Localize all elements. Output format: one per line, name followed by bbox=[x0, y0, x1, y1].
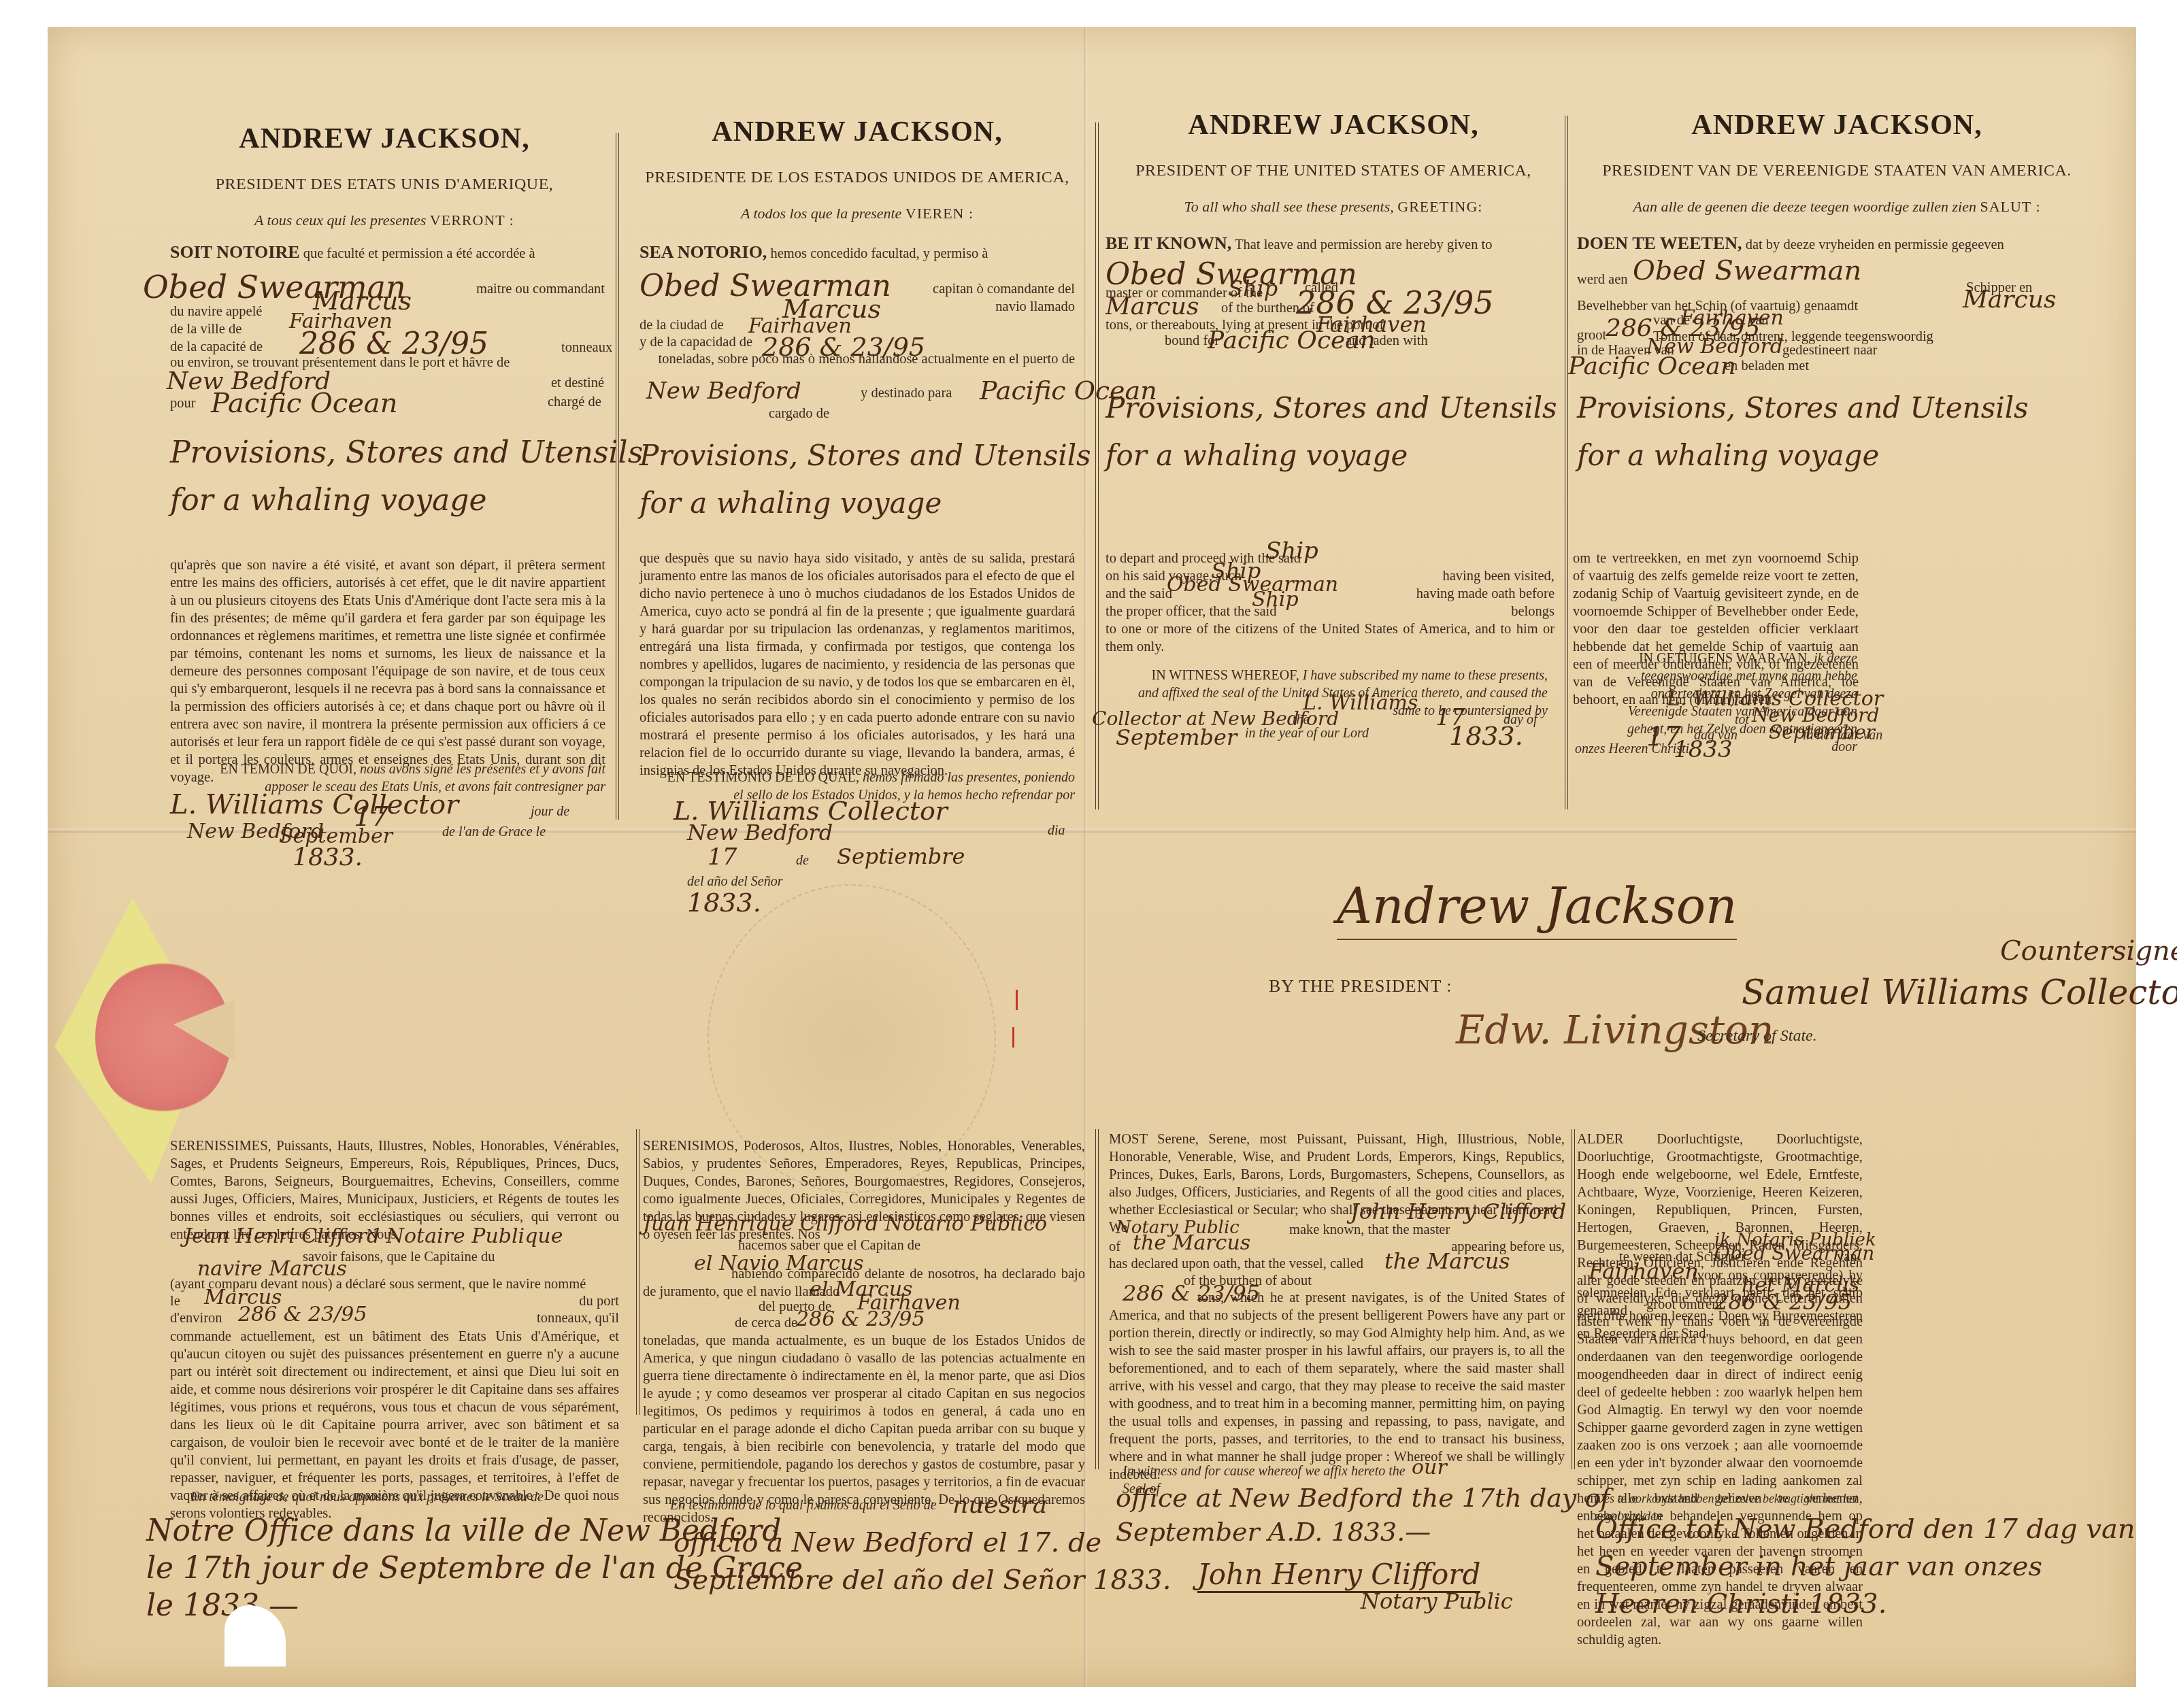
english-hand-month: September bbox=[1116, 724, 1237, 750]
by-the-president-label: BY THE PRESIDENT : bbox=[1269, 976, 1452, 997]
spanish-label-cargo: cargado de bbox=[769, 405, 829, 422]
red-ribbon-slit bbox=[1016, 990, 1018, 1010]
dutch-lower-hand-1: Office tot New Bedford den 17 dag van bbox=[1595, 1513, 2136, 1545]
french-greeting-text: A tous ceux qui les presentes bbox=[254, 212, 426, 229]
spanish-lead: SEA NOTORIO, bbox=[639, 242, 767, 262]
french-lower-line-c-tail: du port bbox=[579, 1292, 619, 1310]
english-lower-hand-vessel: the Marcus bbox=[1133, 1231, 1250, 1255]
spanish-body: que despuès que su navio haya sido visit… bbox=[639, 550, 1075, 780]
spanish-hand-day: 17 bbox=[708, 843, 737, 871]
english-form-line1: BE IT KNOWN, That leave and permission a… bbox=[1106, 235, 1555, 254]
french-witness-day-label: jour de bbox=[531, 803, 569, 820]
spanish-lower-line-d: de cerca de bbox=[735, 1314, 797, 1332]
collector-signature: Samuel Williams Collector bbox=[1742, 973, 2177, 1012]
dutch-label-werd: werd aen bbox=[1577, 271, 1628, 288]
english-lower-hand-3: September A.D. 1833.— bbox=[1116, 1517, 1431, 1547]
spanish-form-line1: SEA NOTORIO, hemos concedido facultad, y… bbox=[639, 244, 1075, 263]
english-president-title: PRESIDENT OF THE UNITED STATES OF AMERIC… bbox=[1109, 162, 1558, 180]
dutch-lower-hand-3: Heeren Christi 1833. bbox=[1595, 1588, 1887, 1620]
english-greeting-text: To all who shall see these presents, bbox=[1184, 198, 1394, 215]
dutch-hand-cargo-2: for a whaling voyage bbox=[1577, 439, 1879, 472]
english-body-line4b: belongs bbox=[1511, 603, 1555, 620]
dutch-hand-master: Obed Swearman bbox=[1633, 255, 1861, 286]
spanish-greeting-text: A todos los que la presente bbox=[741, 205, 901, 222]
english-body-line3a: and the said bbox=[1106, 585, 1172, 603]
dutch-hand-year: 1833 bbox=[1674, 736, 1733, 763]
english-lower-body2: tons, which he at present navigates, is … bbox=[1109, 1289, 1565, 1484]
english-witness-year-label: in the year of our Lord bbox=[1245, 724, 1369, 742]
french-hand-destination: Pacific Ocean bbox=[211, 388, 397, 419]
spanish-label-destined: y destinado para bbox=[861, 384, 952, 402]
french-label-master: maitre ou commandant bbox=[476, 280, 605, 298]
dutch-greeting: Aan alle de geenen die deeze teegen woor… bbox=[1578, 198, 2095, 216]
president-signature: Andrew Jackson bbox=[1337, 877, 1737, 940]
spanish-lower-witness: En testimonio de lo qual fixámos aquì el… bbox=[670, 1496, 942, 1514]
spanish-witness-caps: EN TESTIMONIO DE LO QUAL, bbox=[667, 770, 859, 785]
english-witness-caps: IN WITNESS WHEREOF, bbox=[1152, 668, 1299, 683]
english-hand-ship1: Ship bbox=[1265, 537, 1318, 565]
english-hand-ship3: Ship bbox=[1252, 588, 1299, 612]
french-label-destined: et destiné bbox=[551, 374, 604, 392]
red-ribbon-slit bbox=[1012, 1027, 1014, 1048]
column-rule bbox=[1565, 116, 1568, 809]
secretary-title: Secretary of State. bbox=[1697, 1027, 1817, 1045]
english-body-line4a: the proper officer, that the said bbox=[1106, 603, 1277, 620]
french-lead: SOIT NOTOIRE bbox=[170, 242, 300, 262]
spanish-line1: hemos concedido facultad, y permiso à bbox=[770, 246, 988, 261]
spanish-label-tonnage: toneladas, sobre poco mas ò menos hallan… bbox=[639, 350, 1075, 368]
column-rule bbox=[1095, 122, 1099, 809]
spanish-president-name: ANDREW JACKSON, bbox=[633, 116, 1082, 148]
spanish-lower-hand-notary: Juan Henrique Clifford Notario Publico bbox=[643, 1212, 1047, 1236]
english-president-name: ANDREW JACKSON, bbox=[1109, 109, 1558, 141]
english-body: to depart and proceed with the said on h… bbox=[1106, 550, 1555, 656]
french-label-pour: pour bbox=[170, 395, 196, 412]
spanish-label-ship: capitan ò comandante del navio llamado bbox=[918, 280, 1075, 316]
french-president-name: ANDREW JACKSON, bbox=[163, 122, 605, 155]
english-label-laden: and laden with bbox=[1346, 332, 1428, 350]
english-lower-hand-2: office at New Bedford the 17th day of bbox=[1116, 1483, 1610, 1513]
dutch-line1: dat by deeze vryheiden en permissie gege… bbox=[1746, 237, 2004, 252]
english-lower-hand-vessel2: the Marcus bbox=[1384, 1248, 1510, 1274]
column-rule bbox=[1572, 1129, 1575, 1469]
spanish-lower-hand-2: officio à New Bedford el 17. de bbox=[674, 1527, 1101, 1558]
english-lower-line-c: has declared upon oath, that the vessel,… bbox=[1109, 1255, 1363, 1273]
spanish-witness-de: de bbox=[796, 852, 809, 869]
french-body: qu'après que son navire a été visité, et… bbox=[170, 556, 605, 786]
spanish-lower-hand-tonnage: 286 & 23/95 bbox=[796, 1307, 925, 1331]
dutch-hand-destination: Pacific Ocean bbox=[1568, 352, 1736, 380]
notary-signature-title: Notary Public bbox=[1361, 1588, 1513, 1614]
french-lower-line-d-label: d'environ bbox=[170, 1309, 222, 1327]
spanish-president-title: PRESIDENTE DE LOS ESTADOS UNIDOS DE AMER… bbox=[633, 169, 1082, 187]
english-body-line5: to one or more of the citizens of the Un… bbox=[1106, 620, 1555, 656]
column-rule bbox=[636, 1129, 639, 1415]
spanish-greeting: A todos los que la presente VIEREN : bbox=[633, 205, 1082, 222]
english-body-line4: the proper officer, that the saidbelongs bbox=[1106, 603, 1555, 620]
english-header: ANDREW JACKSON, PRESIDENT OF THE UNITED … bbox=[1109, 109, 1558, 216]
spanish-hand-port: New Bedford bbox=[646, 378, 801, 405]
french-line1: que faculté et permission a été accordée… bbox=[303, 246, 535, 261]
english-hand-type: Ship bbox=[1228, 275, 1278, 301]
french-lower-hand-tonnage: 286 & 23/95 bbox=[238, 1303, 367, 1326]
french-form-line1: SOIT NOTOIRE que faculté et permission a… bbox=[170, 244, 605, 263]
dutch-lower-hand-2: September in het jaar van onzes bbox=[1595, 1551, 2042, 1582]
english-lead: BE IT KNOWN, bbox=[1106, 233, 1231, 253]
spanish-greeting-caps: VIEREN : bbox=[905, 205, 974, 222]
dutch-header: ANDREW JACKSON, PRESIDENT VAN DE VEREENI… bbox=[1578, 109, 2095, 216]
dutch-form-line1: DOEN TE WEETEN, dat by deeze vryheiden e… bbox=[1577, 235, 2026, 254]
dutch-lower-hand-tonnage: 286 & 23/95 bbox=[1714, 1289, 1852, 1315]
french-greeting: A tous ceux qui les presentes VERRONT : bbox=[163, 212, 605, 229]
spanish-label-town: de la ciudad de bbox=[639, 316, 724, 334]
english-lower-line-a: make known, that the master bbox=[1289, 1221, 1450, 1239]
english-hand-cargo-2: for a whaling voyage bbox=[1106, 439, 1408, 472]
english-body-line3b: having made oath before bbox=[1416, 585, 1555, 603]
english-greeting: To all who shall see these presents, GRE… bbox=[1109, 198, 1558, 216]
english-hand-cargo-1: Provisions, Stores and Utensils bbox=[1106, 391, 1557, 424]
french-hand-year: 1833. bbox=[293, 843, 363, 871]
dutch-lead: DOEN TE WEETEN, bbox=[1577, 233, 1742, 253]
column-rule bbox=[616, 133, 619, 820]
dutch-president-name: ANDREW JACKSON, bbox=[1578, 109, 2095, 141]
french-header: ANDREW JACKSON, PRESIDENT DES ETATS UNIS… bbox=[163, 122, 605, 229]
spanish-lower-hand-3: Septiembre del año del Señor 1833. bbox=[674, 1564, 1171, 1596]
french-label-charge: chargé de bbox=[548, 393, 601, 411]
column-rule bbox=[1095, 1129, 1099, 1469]
dutch-witness-jaar: in het jaar van bbox=[1803, 726, 1882, 744]
french-hand-collector: L. Williams Collector bbox=[170, 789, 459, 820]
french-lower-hand-notary: Jean Henri Clifford Notaire Publique bbox=[184, 1224, 563, 1248]
dutch-greeting-caps: SALUT : bbox=[1980, 198, 2040, 215]
spanish-hand-year: 1833. bbox=[687, 888, 761, 918]
french-president-title: PRESIDENT DES ETATS UNIS D'AMERIQUE, bbox=[163, 175, 605, 194]
english-lower-hand-1: our bbox=[1412, 1456, 1447, 1479]
dutch-label-beladen: en beladen met bbox=[1725, 357, 1809, 375]
french-lower-witness: En témoignage de quoi nous apposons aux … bbox=[190, 1488, 599, 1506]
english-lower-line-b-label: of bbox=[1109, 1238, 1120, 1256]
english-body-line1: to depart and proceed with the said bbox=[1106, 550, 1555, 567]
spanish-hand-cargo-2: for a whaling voyage bbox=[639, 486, 942, 520]
dutch-hand-cargo-1: Provisions, Stores and Utensils bbox=[1577, 391, 2029, 424]
spanish-witness-dia: dia bbox=[1048, 822, 1065, 839]
dutch-president-title: PRESIDENT VAN DE VEREENIGDE STAATEN VAN … bbox=[1578, 162, 2095, 180]
spanish-hand-month: Septiembre bbox=[837, 843, 965, 869]
dutch-lower-line-c: groot omtrent bbox=[1646, 1296, 1723, 1313]
countersigned-note: Countersigned bbox=[2000, 935, 2177, 967]
french-lower-line-c-label: le bbox=[170, 1292, 180, 1310]
dutch-greeting-text: Aan alle de geenen die deeze teegen woor… bbox=[1633, 198, 1976, 215]
dutch-hand-ship: Marcus bbox=[1963, 286, 2056, 314]
spanish-lower-hand-1: nuestra bbox=[952, 1491, 1047, 1519]
french-hand-cargo-2: for a whaling voyage bbox=[170, 483, 487, 518]
english-line1: That leave and permission are hereby giv… bbox=[1235, 237, 1493, 252]
spanish-hand-cargo-1: Provisions, Stores and Utensils bbox=[639, 439, 1091, 472]
spanish-hand-place: New Bedford bbox=[687, 820, 833, 845]
french-lower-line-d: d'environtonneaux, qu'il bbox=[170, 1309, 619, 1327]
dutch-witness-caps: IN GETUIGENS WAAR VAN, bbox=[1639, 651, 1810, 666]
french-witness-year-label: de l'an de Grace le bbox=[442, 823, 546, 841]
spanish-header: ANDREW JACKSON, PRESIDENTE DE LOS ESTADO… bbox=[633, 116, 1082, 222]
english-body-line2b: having been visited, bbox=[1442, 567, 1555, 585]
french-witness-caps: EN TEMOIN DE QUOI, bbox=[220, 762, 356, 777]
english-hand-year: 1833. bbox=[1449, 721, 1523, 751]
french-hand-cargo-1: Provisions, Stores and Utensils bbox=[170, 435, 643, 470]
french-greeting-caps: VERRONT : bbox=[430, 212, 514, 229]
english-greeting-caps: GREETING: bbox=[1397, 198, 1482, 215]
dutch-lower-line-a-tail: van bbox=[1837, 1248, 1857, 1266]
french-lower-line-d-tail: tonneaux, qu'il bbox=[537, 1309, 619, 1327]
